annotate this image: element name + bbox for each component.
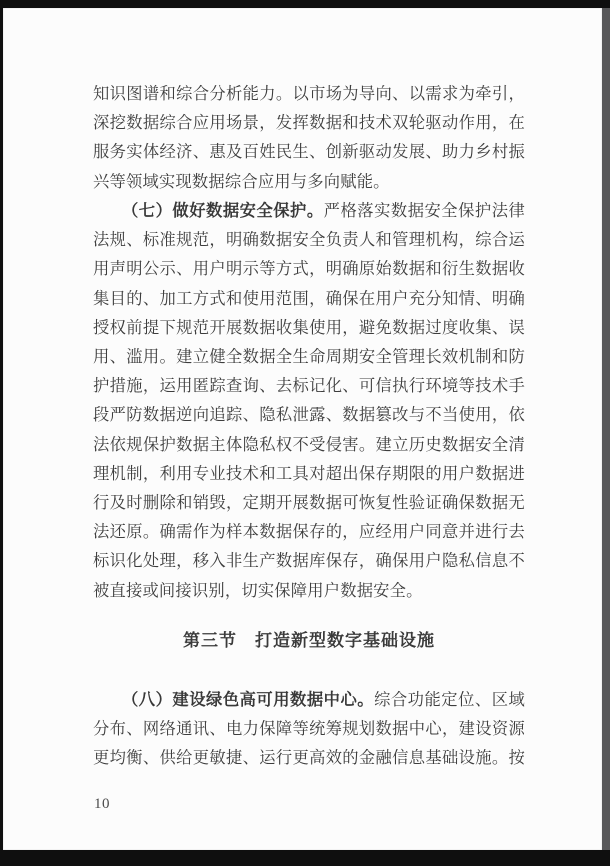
- text-line: 兴等领域实现数据综合应用与多向赋能。: [93, 167, 525, 196]
- text-segment: 行及时删除和销毁，定期开展数据可恢复性验证确保数据无: [93, 493, 525, 512]
- text-segment: 被直接或间接识别，切实保障用户数据安全。: [93, 581, 423, 600]
- text-line: 法规、标准规范，明确数据安全负责人和管理机构，综合运: [93, 225, 525, 254]
- text-line: 用声明公示、用户明示等方式，明确原始数据和衍生数据收: [93, 254, 525, 283]
- text-line: 被直接或间接识别，切实保障用户数据安全。: [93, 576, 525, 605]
- scanned-document: 知识图谱和综合分析能力。以市场为导向、以需求为牵引，深挖数据综合应用场景，发挥数…: [0, 0, 610, 866]
- text-line: 集目的、加工方式和使用范围，确保在用户充分知情、明确: [93, 284, 525, 313]
- body-paragraph: （七）做好数据安全保护。严格落实数据安全保护法律法规、标准规范，明确数据安全负责…: [93, 196, 525, 605]
- text-line: 护措施，运用匿踪查询、去标记化、可信执行环境等技术手: [93, 371, 525, 400]
- text-segment: 标识化处理，移入非生产数据库保存，确保用户隐私信息不: [93, 551, 525, 570]
- document-page: 知识图谱和综合分析能力。以市场为导向、以需求为牵引，深挖数据综合应用场景，发挥数…: [3, 8, 602, 850]
- text-segment: 法还原。确需作为样本数据保存的，应经用户同意并进行去: [93, 522, 525, 541]
- section-heading: 第三节 打造新型数字基础设施: [93, 626, 525, 655]
- text-line: 更均衡、供给更敏捷、运行更高效的金融信息基础设施。按: [93, 743, 525, 772]
- body-paragraph: 知识图谱和综合分析能力。以市场为导向、以需求为牵引，深挖数据综合应用场景，发挥数…: [93, 79, 525, 196]
- text-segment: 护措施，运用匿踪查询、去标记化、可信执行环境等技术手: [93, 376, 525, 395]
- text-line: 授权前提下规范开展数据收集使用，避免数据过度收集、误: [93, 313, 525, 342]
- bold-lead-phrase: （八）建设绿色高可用数据中心。: [122, 690, 374, 709]
- text-segment: 授权前提下规范开展数据收集使用，避免数据过度收集、误: [93, 318, 525, 337]
- text-line: 分布、网络通讯、电力保障等统筹规划数据中心，建设资源: [93, 714, 525, 743]
- text-segment: 法规、标准规范，明确数据安全负责人和管理机构，综合运: [93, 230, 525, 249]
- text-line: （八）建设绿色高可用数据中心。综合功能定位、区域: [93, 685, 525, 714]
- text-segment: 更均衡、供给更敏捷、运行更高效的金融信息基础设施。按: [93, 748, 525, 767]
- text-line: 理机制，利用专业技术和工具对超出保存期限的用户数据进: [93, 459, 525, 488]
- text-segment: 用声明公示、用户明示等方式，明确原始数据和衍生数据收: [93, 259, 525, 278]
- text-segment: 法依规保护数据主体隐私权不受侵害。建立历史数据安全清: [93, 435, 525, 454]
- text-segment: 综合功能定位、区域: [374, 690, 525, 709]
- text-segment: 集目的、加工方式和使用范围，确保在用户充分知情、明确: [93, 289, 525, 308]
- text-line: 用、滥用。建立健全数据全生命周期安全管理长效机制和防: [93, 342, 525, 371]
- body-paragraph: （八）建设绿色高可用数据中心。综合功能定位、区域分布、网络通讯、电力保障等统筹规…: [93, 685, 525, 773]
- text-line: 法依规保护数据主体隐私权不受侵害。建立历史数据安全清: [93, 430, 525, 459]
- text-line: （七）做好数据安全保护。严格落实数据安全保护法律: [93, 196, 525, 225]
- text-segment: 用、滥用。建立健全数据全生命周期安全管理长效机制和防: [93, 347, 525, 366]
- text-segment: 分布、网络通讯、电力保障等统筹规划数据中心，建设资源: [93, 719, 525, 738]
- scanner-edge-strip: [602, 8, 610, 850]
- bold-lead-phrase: （七）做好数据安全保护。: [122, 201, 324, 220]
- text-line: 法还原。确需作为样本数据保存的，应经用户同意并进行去: [93, 517, 525, 546]
- text-line: 标识化处理，移入非生产数据库保存，确保用户隐私信息不: [93, 546, 525, 575]
- text-line: 知识图谱和综合分析能力。以市场为导向、以需求为牵引，: [93, 79, 525, 108]
- page-number: 10: [94, 796, 110, 813]
- text-line: 段严防数据逆向追踪、隐私泄露、数据篡改与不当使用，依: [93, 400, 525, 429]
- text-segment: 知识图谱和综合分析能力。以市场为导向、以需求为牵引，: [93, 84, 525, 103]
- text-segment: 深挖数据综合应用场景，发挥数据和技术双轮驱动作用，在: [93, 113, 525, 132]
- text-line: 服务实体经济、惠及百姓民生、创新驱动发展、助力乡村振: [93, 137, 525, 166]
- text-line: 深挖数据综合应用场景，发挥数据和技术双轮驱动作用，在: [93, 108, 525, 137]
- text-segment: 理机制，利用专业技术和工具对超出保存期限的用户数据进: [93, 464, 525, 483]
- text-segment: 服务实体经济、惠及百姓民生、创新驱动发展、助力乡村振: [93, 142, 525, 161]
- text-segment: 兴等领域实现数据综合应用与多向赋能。: [93, 172, 390, 191]
- text-line: 行及时删除和销毁，定期开展数据可恢复性验证确保数据无: [93, 488, 525, 517]
- text-segment: 段严防数据逆向追踪、隐私泄露、数据篡改与不当使用，依: [93, 405, 525, 424]
- text-segment: 严格落实数据安全保护法律: [324, 201, 525, 220]
